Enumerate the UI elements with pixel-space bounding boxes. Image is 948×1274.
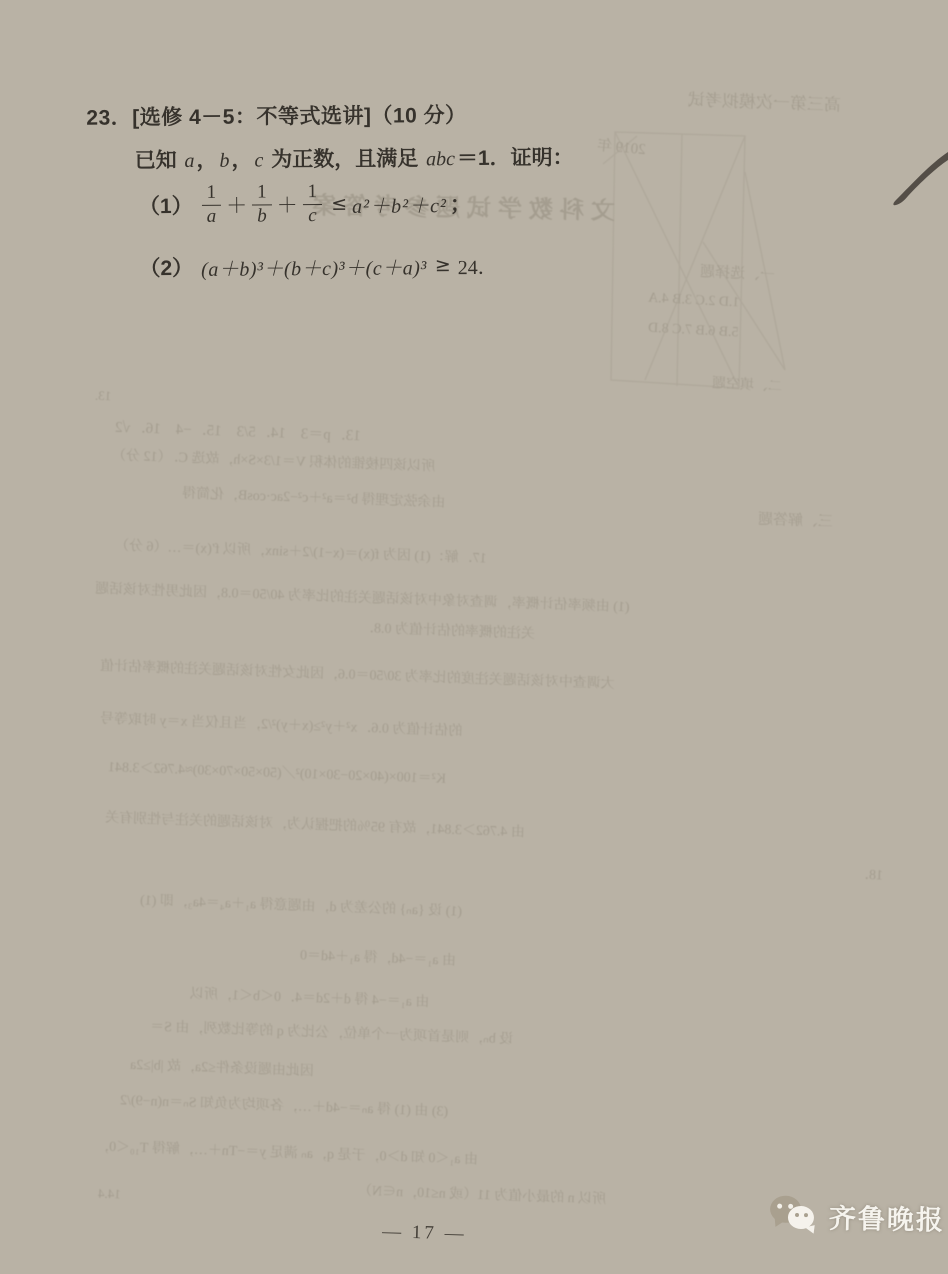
var-c: c [252, 149, 265, 171]
denominator: b [257, 205, 267, 227]
var-a: a [182, 150, 196, 172]
watermark-text: 齐鲁晚报 [829, 1196, 946, 1237]
numerator: 1 [303, 182, 323, 205]
part-2-expression: (a＋b)³＋(b＋c)³＋(c＋a)³ [201, 251, 427, 282]
part-2-value: 24． [458, 250, 498, 279]
problem-given: 已知 a，b，c 为正数，且满足 abc＝1．证明： [135, 141, 574, 174]
watermark: 齐鲁晚报 [770, 1192, 946, 1239]
numerator: 1 [252, 182, 272, 205]
var-b: b [217, 150, 231, 172]
plus-sign: ＋ [226, 190, 247, 220]
photographed-exam-page: 高三第一次模拟考试 2019 年 文科数学试题参考答案 一、选择题 1.D 2.… [0, 0, 948, 1274]
given-text: 已知 [135, 149, 183, 172]
problem-title: 23．[选修 4－5：不等式选讲]（10 分） [86, 99, 466, 132]
problem-part-1: （1） 1 a ＋ 1 b ＋ 1 c ≤ a²＋b²＋c² ； [139, 181, 471, 228]
part-1-label: （1） [139, 190, 193, 220]
part-2-label: （2） [139, 252, 193, 282]
problem-part-2: （2） (a＋b)³＋(b＋c)³＋(c＋a)³ ≥ 24． [139, 250, 498, 283]
leq-sign: ≤ [331, 193, 347, 215]
wechat-bubbles-icon [770, 1192, 821, 1237]
plus-sign: ＋ [277, 190, 298, 220]
given-text: 为正数，且满足 [265, 147, 424, 171]
fraction-1-over-a: 1 a [202, 183, 222, 228]
denominator: a [207, 206, 217, 228]
fraction-1-over-b: 1 b [252, 182, 272, 227]
fraction-1-over-c: 1 c [303, 182, 323, 227]
comma: ， [196, 149, 217, 172]
semicolon: ； [450, 188, 471, 218]
numerator: 1 [202, 183, 222, 206]
given-text: ＝1．证明： [457, 146, 574, 170]
geq-sign: ≥ [435, 254, 451, 276]
expr-abc: abc [424, 148, 457, 170]
part-1-rhs: a²＋b²＋c² [352, 189, 447, 219]
bubble-tail [805, 1225, 817, 1235]
comma: ， [231, 149, 252, 172]
page-number: — 17 — [382, 1221, 467, 1245]
denominator: c [308, 205, 317, 227]
printed-content: 23．[选修 4－5：不等式选讲]（10 分） 已知 a，b，c 为正数，且满足… [0, 0, 948, 1274]
